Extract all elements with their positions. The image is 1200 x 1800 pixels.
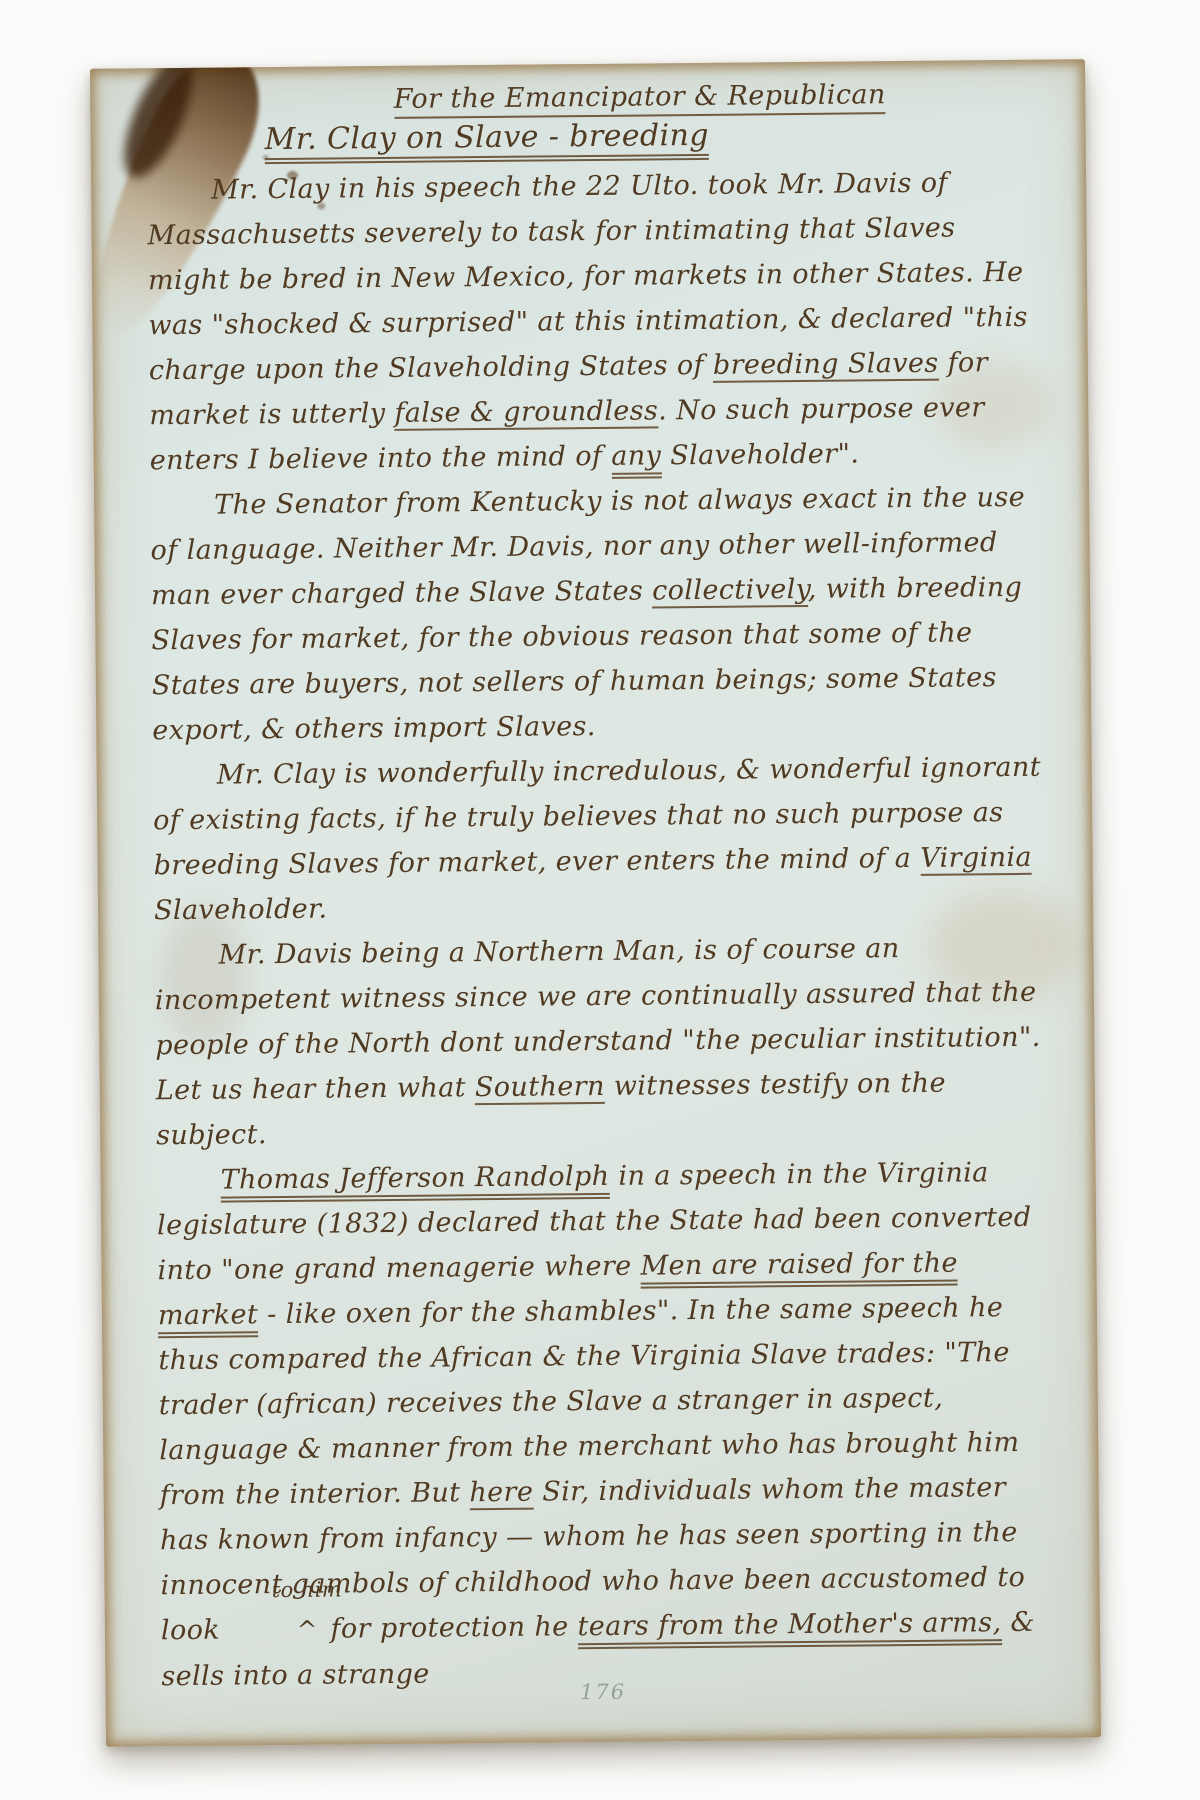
text-segment: collectively bbox=[652, 574, 808, 608]
masthead-text: For the Emancipator & Republican bbox=[394, 79, 886, 119]
page-number: 176 bbox=[580, 1680, 626, 1704]
text-segment: Thomas Jefferson Randolph bbox=[220, 1161, 609, 1203]
manuscript-paper: For the Emancipator & Republican Mr. Cla… bbox=[90, 59, 1101, 1746]
text-segment: for protection he bbox=[321, 1611, 577, 1644]
manuscript-paragraph: Thomas Jefferson Randolph in a speech in… bbox=[156, 1150, 1058, 1700]
text-segment: tears from the Mother's arms, bbox=[577, 1607, 1001, 1649]
page-background: { "document": { "masthead": "For the Ema… bbox=[0, 0, 1200, 1800]
text-segment: Slaveholder". bbox=[661, 438, 859, 471]
page-title: Mr. Clay on Slave - breeding bbox=[264, 118, 709, 164]
text-segment: Virginia bbox=[920, 842, 1032, 876]
manuscript-paragraph: Mr. Davis being a Northern Man, is of co… bbox=[154, 925, 1053, 1159]
text-segment: false & groundless bbox=[394, 395, 658, 431]
manuscript-paragraph: The Senator from Kentucky is not always … bbox=[150, 475, 1050, 754]
title-line: Mr. Clay on Slave - breeding bbox=[264, 115, 1043, 157]
manuscript-paragraph: Mr. Clay is wonderfully incredulous, & w… bbox=[153, 745, 1052, 934]
text-segment: any bbox=[611, 440, 661, 478]
text-segment: Slaveholder. bbox=[154, 894, 328, 927]
text-segment: Southern bbox=[475, 1071, 605, 1105]
manuscript-content: For the Emancipator & Republican Mr. Cla… bbox=[146, 78, 1058, 1700]
text-segment: Mr. Clay is wonderfully incredulous, & w… bbox=[153, 752, 1041, 882]
text-segment: breeding Slaves bbox=[713, 348, 939, 383]
text-segment: here bbox=[469, 1477, 533, 1511]
caret-insertion: to him^ bbox=[233, 1607, 318, 1654]
manuscript-paragraph: Mr. Clay in his speech the 22 Ulto. took… bbox=[147, 160, 1047, 484]
manuscript-body: Mr. Clay in his speech the 22 Ulto. took… bbox=[147, 160, 1059, 1700]
caret-mark: ^ bbox=[297, 1616, 318, 1644]
inserted-text: to him bbox=[208, 1579, 343, 1601]
masthead-line: For the Emancipator & Republican bbox=[146, 78, 1043, 118]
